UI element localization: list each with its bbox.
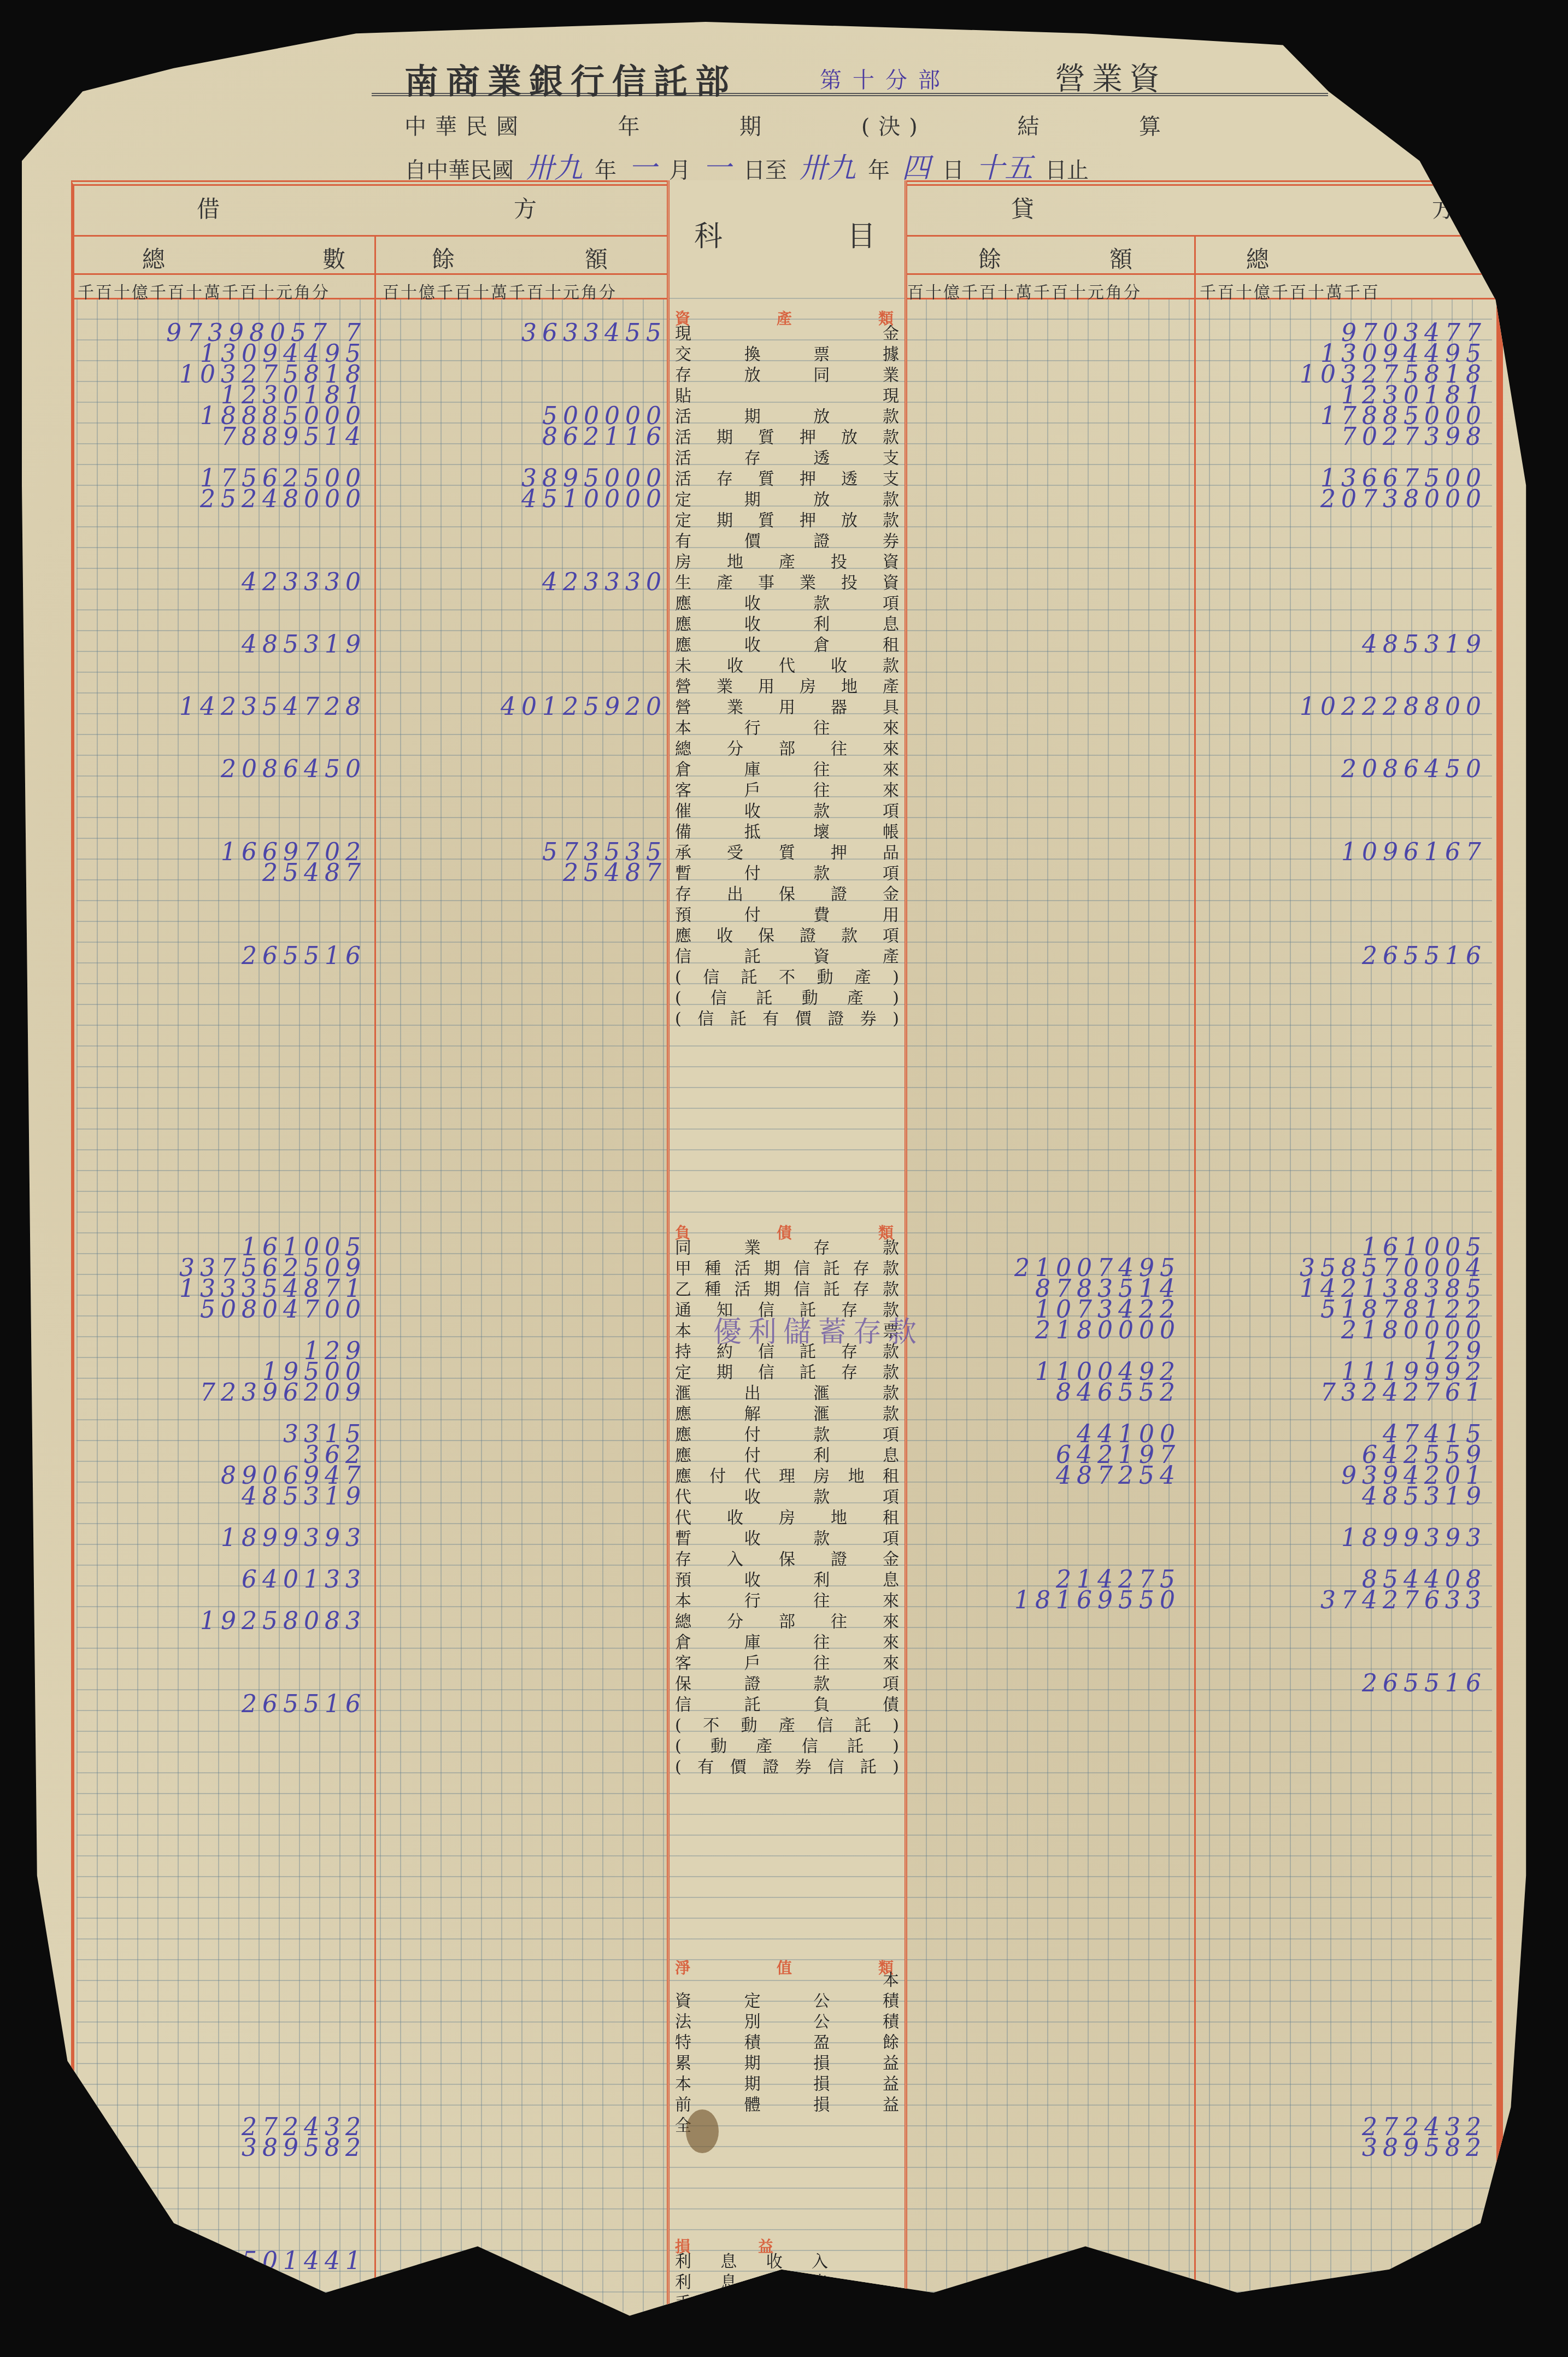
debit-total-entry: 142354728 — [179, 693, 366, 721]
subject-header: 科 — [694, 213, 723, 254]
date-to: 日至 — [743, 153, 787, 184]
credit-total-entry: 102228800 — [1300, 693, 1487, 721]
report-type: 營業資 — [1055, 55, 1166, 98]
asset-item: 總分部往來 — [675, 739, 899, 760]
asset-item: 房地產投資 — [675, 552, 899, 573]
end-year: 卅九 — [799, 145, 856, 186]
equity-column: 資法特累本前全 — [675, 1970, 691, 2136]
asset-item: 定期質押放款 — [675, 510, 899, 531]
pl-item: 利息收入 — [675, 2252, 828, 2272]
debit-balance-entry: 862116 — [542, 423, 667, 451]
bank-title: 南商業銀行信託部 — [404, 55, 737, 103]
debit-total-header: 數 — [322, 242, 345, 274]
ledger-table: 借 方 總 數 餘 額 科 目 貸 方 餘 額 總 千百十億千百十萬千百十元角分… — [71, 180, 1503, 2312]
period-term: 期 — [739, 109, 770, 140]
year-char: 年 — [595, 153, 616, 184]
asset-item: 活存透支 — [675, 448, 899, 469]
equity-column: 公公盈損損損 — [813, 1970, 830, 2136]
liability-item: 信託負債 — [675, 1695, 899, 1715]
liability-item: 本行往來 — [675, 1591, 899, 1612]
liability-item: 滙出滙款 — [675, 1383, 899, 1404]
asset-item: 營業用房地產 — [675, 677, 899, 697]
debit-balance-entry: 25487 — [563, 859, 667, 887]
credit-total-entry: 7027398 — [1341, 423, 1487, 451]
liability-item: 代收房地租 — [675, 1508, 899, 1529]
asset-item: 應收保證款項 — [675, 926, 899, 947]
savings-stamp: 優利儲蓄存款 — [713, 1309, 923, 1350]
pl-item: 利息支出 — [675, 2272, 828, 2293]
debit-balance-entry: 40125920 — [501, 693, 667, 721]
start-year: 卅九 — [526, 145, 583, 186]
equity-column: 本積積餘益益益 — [883, 1970, 899, 2136]
credit-total-entry: 132 — [1424, 2268, 1487, 2296]
asset-item: 交換票據 — [675, 344, 899, 365]
subject-header: 目 — [847, 213, 876, 254]
date-suffix: 日止 — [1045, 153, 1089, 184]
debit-total-entry: 265516 — [242, 942, 366, 970]
period-settle-1: 結 — [1017, 109, 1048, 140]
liability-item: 代收款項 — [675, 1487, 899, 1508]
asset-item: 催收款項 — [675, 801, 899, 822]
day-char: 日 — [942, 153, 964, 184]
liability-item: 倉庫往來 — [675, 1632, 899, 1653]
asset-item: (信託動產) — [675, 988, 899, 1009]
credit-header: 方 — [1432, 191, 1455, 224]
credit-total-entry: 265516 — [1362, 942, 1487, 970]
credit-balance-entry: 2180000 — [1035, 1316, 1181, 1344]
liability-item: 應付利息 — [675, 1445, 899, 1466]
credit-balance-header: 餘 — [978, 242, 1001, 274]
debit-total-entry: 19258083 — [200, 1607, 366, 1635]
debit-total-entry: 485319 — [242, 631, 366, 659]
asset-item: 預付費用 — [675, 905, 899, 926]
liability-item: 甲種活期信託存款 — [675, 1259, 899, 1279]
debit-header: 借 — [197, 191, 220, 224]
asset-item: 生產事業投資 — [675, 573, 899, 593]
credit-balance-header: 額 — [1109, 242, 1132, 274]
debit-balance-entry: 4510000 — [521, 485, 667, 513]
debit-total-entry: 5501441 — [221, 2247, 366, 2275]
equity-column: 定別積期期體 — [744, 1970, 761, 2136]
asset-item: 應收利息 — [675, 614, 899, 635]
end-day: 十五 — [976, 145, 1033, 186]
date-prefix: 自中華民國 — [404, 153, 514, 184]
pl-item: 手續費收入 — [675, 2293, 828, 2314]
blue-note: 3088 — [907, 2290, 991, 2328]
period-line: 中華民國 年 期 (決) 結 算 — [404, 109, 1170, 140]
end-month: 四 — [902, 145, 930, 186]
credit-total-entry: 485319 — [1362, 1483, 1487, 1510]
debit-total-entry: 50804700 — [200, 1296, 366, 1324]
start-day: 一 — [703, 145, 731, 186]
debit-total-entry: 2086450 — [221, 755, 366, 783]
ledger-sheet: 南商業銀行信託部 第十分部 營業資 中華民國 年 期 (決) 結 算 自中華民國… — [22, 22, 1541, 2339]
debit-balance-entry: 423330 — [542, 568, 667, 596]
stain — [686, 2109, 719, 2153]
year-char: 年 — [868, 153, 890, 184]
liability-item: 乙種活期信託存款 — [675, 1279, 899, 1300]
asset-item: 未收代收款 — [675, 656, 899, 677]
debit-total-entry: 7889514 — [221, 423, 366, 451]
debit-header: 方 — [514, 191, 537, 224]
column-divider — [1194, 235, 1196, 2312]
asset-item: 應收倉租 — [675, 635, 899, 656]
credit-total-entry: 20738000 — [1320, 485, 1487, 513]
asset-item: 營業用器具 — [675, 697, 899, 718]
debit-total-entry: 485319 — [242, 1483, 366, 1510]
debit-balance-units: 百十億千百十萬千百十元角分 — [383, 279, 617, 303]
liability-item: 暫收款項 — [675, 1529, 899, 1549]
date-range: 自中華民國 卅九 年 一 月 一 日至 卅九 年 四 日 十五 日止 — [404, 145, 1089, 186]
debit-total-entry: 265516 — [242, 1690, 366, 1718]
credit-balance-entry: 487254 — [1056, 1462, 1181, 1490]
debit-total-units: 千百十億千百十萬千百十元角分 — [78, 279, 330, 303]
credit-total-entry: 73242761 — [1320, 1379, 1487, 1407]
asset-item: 暫付款項 — [675, 863, 899, 884]
credit-total-header: 總 — [1246, 242, 1269, 274]
asset-item: 存出保證金 — [675, 884, 899, 905]
asset-item: 承受質押品 — [675, 843, 899, 863]
debit-total-entry: 72396209 — [200, 1379, 366, 1407]
liability-item: 存入保證金 — [675, 1549, 899, 1570]
asset-item: 應收款項 — [675, 593, 899, 614]
credit-total-entry: 389582 — [1362, 2134, 1487, 2162]
liability-item: 客戶往來 — [675, 1653, 899, 1674]
asset-item: 活期質押放款 — [675, 427, 899, 448]
asset-item: 貼現 — [675, 386, 899, 407]
credit-total-entry: 46 — [1445, 2247, 1487, 2275]
period-final: (決) — [861, 109, 926, 140]
credit-balance-entry: 18169550 — [1014, 1586, 1181, 1614]
asset-item: 活存質押透支 — [675, 469, 899, 490]
credit-total-entry: 2086450 — [1341, 755, 1487, 783]
credit-header: 貸 — [1011, 191, 1034, 224]
liability-item: 應解滙款 — [675, 1404, 899, 1425]
debit-total-entry: 25248000 — [200, 485, 366, 513]
credit-total-entry: 37427633 — [1320, 1586, 1487, 1614]
period-settle-2: 算 — [1139, 109, 1170, 140]
department-stamp: 第十分部 — [820, 63, 951, 94]
credit-balance-entry: 846552 — [1056, 1379, 1181, 1407]
liability-item: (動產信託) — [675, 1736, 899, 1757]
liability-item: 總分部往來 — [675, 1612, 899, 1632]
liability-item: (有價證券信託) — [675, 1757, 899, 1778]
asset-item: 有價證券 — [675, 531, 899, 552]
debit-balance-header: 餘 — [432, 242, 455, 274]
debit-total-entry: 423330 — [242, 568, 366, 596]
liability-item: 應付款項 — [675, 1425, 899, 1445]
debit-balance-entry: 3633455 — [521, 319, 667, 347]
pl-item: 證券損益 — [675, 2335, 828, 2355]
debit-total-entry: 389582 — [242, 2134, 366, 2162]
column-divider — [374, 235, 376, 2312]
liability-item: (不動產信託) — [675, 1715, 899, 1736]
asset-item: 客戶往來 — [675, 780, 899, 801]
month-char: 月 — [669, 153, 691, 184]
credit-total-entry: 265516 — [1362, 1670, 1487, 1697]
pl-item: 手續費支出 — [675, 2314, 828, 2335]
period-roc: 中華民國 — [404, 109, 527, 140]
asset-item: 倉庫往來 — [675, 760, 899, 780]
asset-item: 存放同業 — [675, 365, 899, 386]
liability-item: 應付代理房地租 — [675, 1466, 899, 1487]
debit-total-entry: 25487 — [262, 859, 366, 887]
asset-item: 定期放款 — [675, 490, 899, 510]
debit-balance-header: 額 — [585, 242, 608, 274]
credit-total-entry: 485319 — [1362, 631, 1487, 659]
assets-item-list: 現金交換票據存放同業貼現活期放款活期質押放款活存透支活存質押透支定期放款定期質押… — [675, 324, 899, 1030]
debit-total-header: 總 — [142, 242, 165, 274]
liability-item: 定期信託存款 — [675, 1362, 899, 1383]
start-month: 一 — [629, 145, 657, 186]
period-year: 年 — [618, 109, 649, 140]
credit-total-entry: 1096167 — [1341, 838, 1487, 866]
liability-item: 預收利息 — [675, 1570, 899, 1591]
asset-item: (信託有價證券) — [675, 1009, 899, 1030]
title-bar: 南商業銀行信託部 第十分部 營業資 — [372, 33, 1328, 96]
pl-item-list: 利息收入利息支出手續費收入手續費支出證券損益 — [675, 2252, 828, 2355]
asset-item: (信託不動產) — [675, 967, 899, 988]
asset-item: 信託資產 — [675, 947, 899, 967]
liability-item: 同業存款 — [675, 1238, 899, 1259]
asset-item: 備抵壞帳 — [675, 822, 899, 843]
credit-total-units: 千百十億千百十萬千百 — [1200, 279, 1380, 303]
asset-item: 活期放款 — [675, 407, 899, 427]
debit-total-entry: 1899393 — [221, 1524, 366, 1552]
debit-total-entry: 640133 — [242, 1566, 366, 1594]
asset-item: 本行往來 — [675, 718, 899, 739]
credit-balance-units: 百十億千百十萬千百十元角分 — [907, 279, 1142, 303]
asset-item: 現金 — [675, 324, 899, 344]
credit-total-entry: 1899393 — [1341, 1524, 1487, 1552]
liability-item: 保證款項 — [675, 1674, 899, 1695]
